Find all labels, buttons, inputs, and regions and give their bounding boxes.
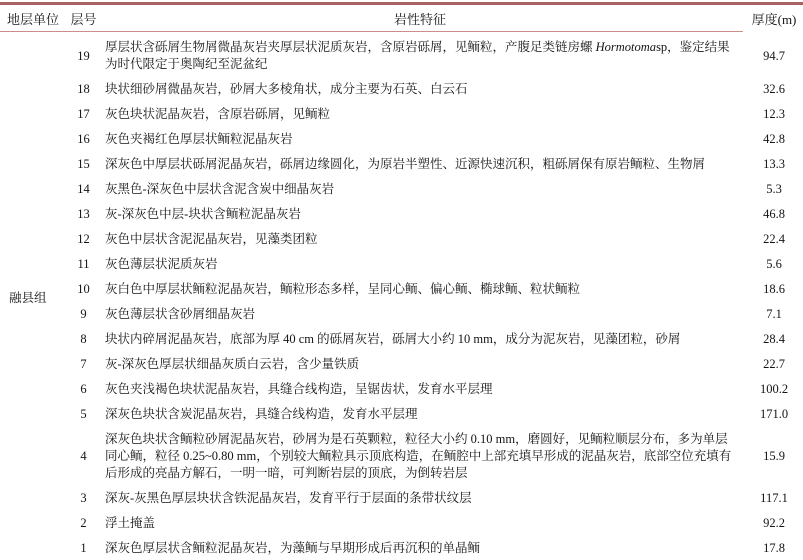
layer-number: 7 [62,356,105,373]
lithology-description: 块状细砂屑微晶灰岩，砂屑大多棱角状，成分主要为石英、白云石 [105,81,745,98]
unit-label: 融县组 [9,288,47,306]
thickness-value: 5.3 [745,181,803,198]
table-row-14: 14 灰黑色-深灰色中层状含泥含炭中细晶灰岩 5.3 [62,177,803,202]
thickness-value: 5.6 [745,256,803,273]
thickness-value: 15.9 [745,448,803,465]
layer-number: 15 [62,156,105,173]
table-row-16: 16 灰色夹褐红色厚层状鲕粒泥晶灰岩 42.8 [62,127,803,152]
layer-number: 6 [62,381,105,398]
table-row-2: 2 浮土掩盖 92.2 [62,511,803,536]
layer-number: 12 [62,231,105,248]
thickness-value: 92.2 [745,515,803,532]
thickness-value: 22.7 [745,356,803,373]
lithology-description: 灰色薄层状含砂屑细晶灰岩 [105,306,745,323]
table-row-11: 11 灰色薄层状泥质灰岩 5.6 [62,252,803,277]
table-row-4: 4 深灰色块状含鲕粒砂屑泥晶灰岩，砂屑为是石英颗粒，粒径大小约 0.10 mm，… [62,427,803,486]
lithology-description: 深灰色厚层状含鲕粒泥晶灰岩，为藻鲕与早期形成后再沉积的单晶鲕 [105,540,745,557]
table-row-13: 13 灰-深灰色中层-块状含鲕粒泥晶灰岩 46.8 [62,202,803,227]
table-body: 融县组 19 厚层状含砾屑生物屑微晶灰岩夹厚层状泥质灰岩，含原岩砾屑，见鲕粒，产… [0,32,803,560]
table-row-1: 1 深灰色厚层状含鲕粒泥晶灰岩，为藻鲕与早期形成后再沉积的单晶鲕 17.8 [62,536,803,560]
lithology-description: 灰色夹褐红色厚层状鲕粒泥晶灰岩 [105,131,745,148]
table-row-10: 10 灰白色中厚层状鲕粒泥晶灰岩，鲕粒形态多样，呈同心鲕、偏心鲕、椭球鲕、粒状鲕… [62,277,803,302]
layer-number: 14 [62,181,105,198]
layer-number: 1 [62,540,105,557]
layer-number: 18 [62,81,105,98]
thickness-value: 100.2 [745,381,803,398]
table-row-18: 18 块状细砂屑微晶灰岩，砂屑大多棱角状，成分主要为石英、白云石 32.6 [62,77,803,102]
stratigraphic-table-page: 地层单位 层号 岩性特征 厚度(m) 融县组 19 厚层状含砾屑生物屑微晶灰岩夹… [0,0,803,560]
table-header-row: 地层单位 层号 岩性特征 厚度(m) [0,5,803,31]
lithology-description: 灰-深灰色中层-块状含鲕粒泥晶灰岩 [105,206,745,223]
lithology-description: 浮土掩盖 [105,515,745,532]
table-row-19: 19 厚层状含砾屑生物屑微晶灰岩夹厚层状泥质灰岩，含原岩砾屑，见鲕粒，产腹足类链… [62,35,803,77]
table-row-17: 17 灰色块状泥晶灰岩，含原岩砾屑，见鲕粒 12.3 [62,102,803,127]
lithology-description: 灰黑色-深灰色中层状含泥含炭中细晶灰岩 [105,181,745,198]
layer-number: 10 [62,281,105,298]
layer-number: 9 [62,306,105,323]
table-row-7: 7 灰-深灰色厚层状细晶灰质白云岩，含少量铁质 22.7 [62,352,803,377]
header-unit: 地层单位 [0,9,62,28]
layer-number: 2 [62,515,105,532]
table-row-6: 6 灰色夹浅褐色块状泥晶灰岩，具缝合线构造，呈锯齿状，发育水平层理 100.2 [62,377,803,402]
lithology-description: 深灰-灰黑色厚层块状含铁泥晶灰岩，发育平行于层面的条带状纹层 [105,490,745,507]
layer-number: 19 [62,48,105,65]
thickness-value: 28.4 [745,331,803,348]
thickness-value: 12.3 [745,106,803,123]
layer-number: 17 [62,106,105,123]
layer-number: 16 [62,131,105,148]
lithology-description: 灰白色中厚层状鲕粒泥晶灰岩，鲕粒形态多样，呈同心鲕、偏心鲕、椭球鲕、粒状鲕粒 [105,281,745,298]
rows-column: 19 厚层状含砾屑生物屑微晶灰岩夹厚层状泥质灰岩，含原岩砾屑，见鲕粒，产腹足类链… [62,32,803,560]
header-lithology: 岩性特征 [105,9,745,28]
unit-column: 融县组 [0,32,62,560]
thickness-value: 94.7 [745,48,803,65]
lithology-description: 深灰色块状含炭泥晶灰岩，具缝合线构造，发育水平层理 [105,406,745,423]
thickness-value: 42.8 [745,131,803,148]
layer-number: 8 [62,331,105,348]
thickness-value: 32.6 [745,81,803,98]
header-thickness: 厚度(m) [745,9,803,28]
lithology-description: 灰-深灰色厚层状细晶灰质白云岩，含少量铁质 [105,356,745,373]
description-text: 厚层状含砾屑生物屑微晶灰岩夹厚层状泥质灰岩，含原岩砾屑，见鲕粒，产腹足类链房螺 [105,40,596,54]
table-row-12: 12 灰色中层状含泥泥晶灰岩，见藻类团粒 22.4 [62,227,803,252]
table-row-5: 5 深灰色块状含炭泥晶灰岩，具缝合线构造，发育水平层理 171.0 [62,402,803,427]
thickness-value: 18.6 [745,281,803,298]
header-layer-no: 层号 [62,9,105,28]
lithology-description: 块状内碎屑泥晶灰岩，底部为厚 40 cm 的砾屑灰岩，砾屑大小约 10 mm，成… [105,331,745,348]
lithology-description: 灰色夹浅褐色块状泥晶灰岩，具缝合线构造，呈锯齿状，发育水平层理 [105,381,745,398]
thickness-value: 46.8 [745,206,803,223]
lithology-description: 灰色中层状含泥泥晶灰岩，见藻类团粒 [105,231,745,248]
thickness-value: 17.8 [745,540,803,557]
lithology-description: 深灰色块状含鲕粒砂屑泥晶灰岩，砂屑为是石英颗粒，粒径大小约 0.10 mm，磨圆… [105,431,745,482]
table-row-9: 9 灰色薄层状含砂屑细晶灰岩 7.1 [62,302,803,327]
layer-number: 3 [62,490,105,507]
lithology-description: 深灰色中厚层状砾屑泥晶灰岩，砾屑边缘圆化，为原岩半塑性、近源快速沉积，粗砾屑保有… [105,156,745,173]
table-row-3: 3 深灰-灰黑色厚层块状含铁泥晶灰岩，发育平行于层面的条带状纹层 117.1 [62,486,803,511]
thickness-value: 117.1 [745,490,803,507]
lithology-description: 灰色块状泥晶灰岩，含原岩砾屑，见鲕粒 [105,106,745,123]
layer-number: 13 [62,206,105,223]
table-row-8: 8 块状内碎屑泥晶灰岩，底部为厚 40 cm 的砾屑灰岩，砾屑大小约 10 mm… [62,327,803,352]
thickness-value: 22.4 [745,231,803,248]
layer-number: 11 [62,256,105,273]
lithology-description: 灰色薄层状泥质灰岩 [105,256,745,273]
table-row-15: 15 深灰色中厚层状砾屑泥晶灰岩，砾屑边缘圆化，为原岩半塑性、近源快速沉积，粗砾… [62,152,803,177]
species-name-italic: Hormotoma [596,40,656,54]
thickness-value: 7.1 [745,306,803,323]
thickness-value: 171.0 [745,406,803,423]
lithology-description: 厚层状含砾屑生物屑微晶灰岩夹厚层状泥质灰岩，含原岩砾屑，见鲕粒，产腹足类链房螺 … [105,39,745,73]
layer-number: 5 [62,406,105,423]
layer-number: 4 [62,448,105,465]
stratigraphy-table: 地层单位 层号 岩性特征 厚度(m) 融县组 19 厚层状含砾屑生物屑微晶灰岩夹… [0,0,803,560]
thickness-value: 13.3 [745,156,803,173]
